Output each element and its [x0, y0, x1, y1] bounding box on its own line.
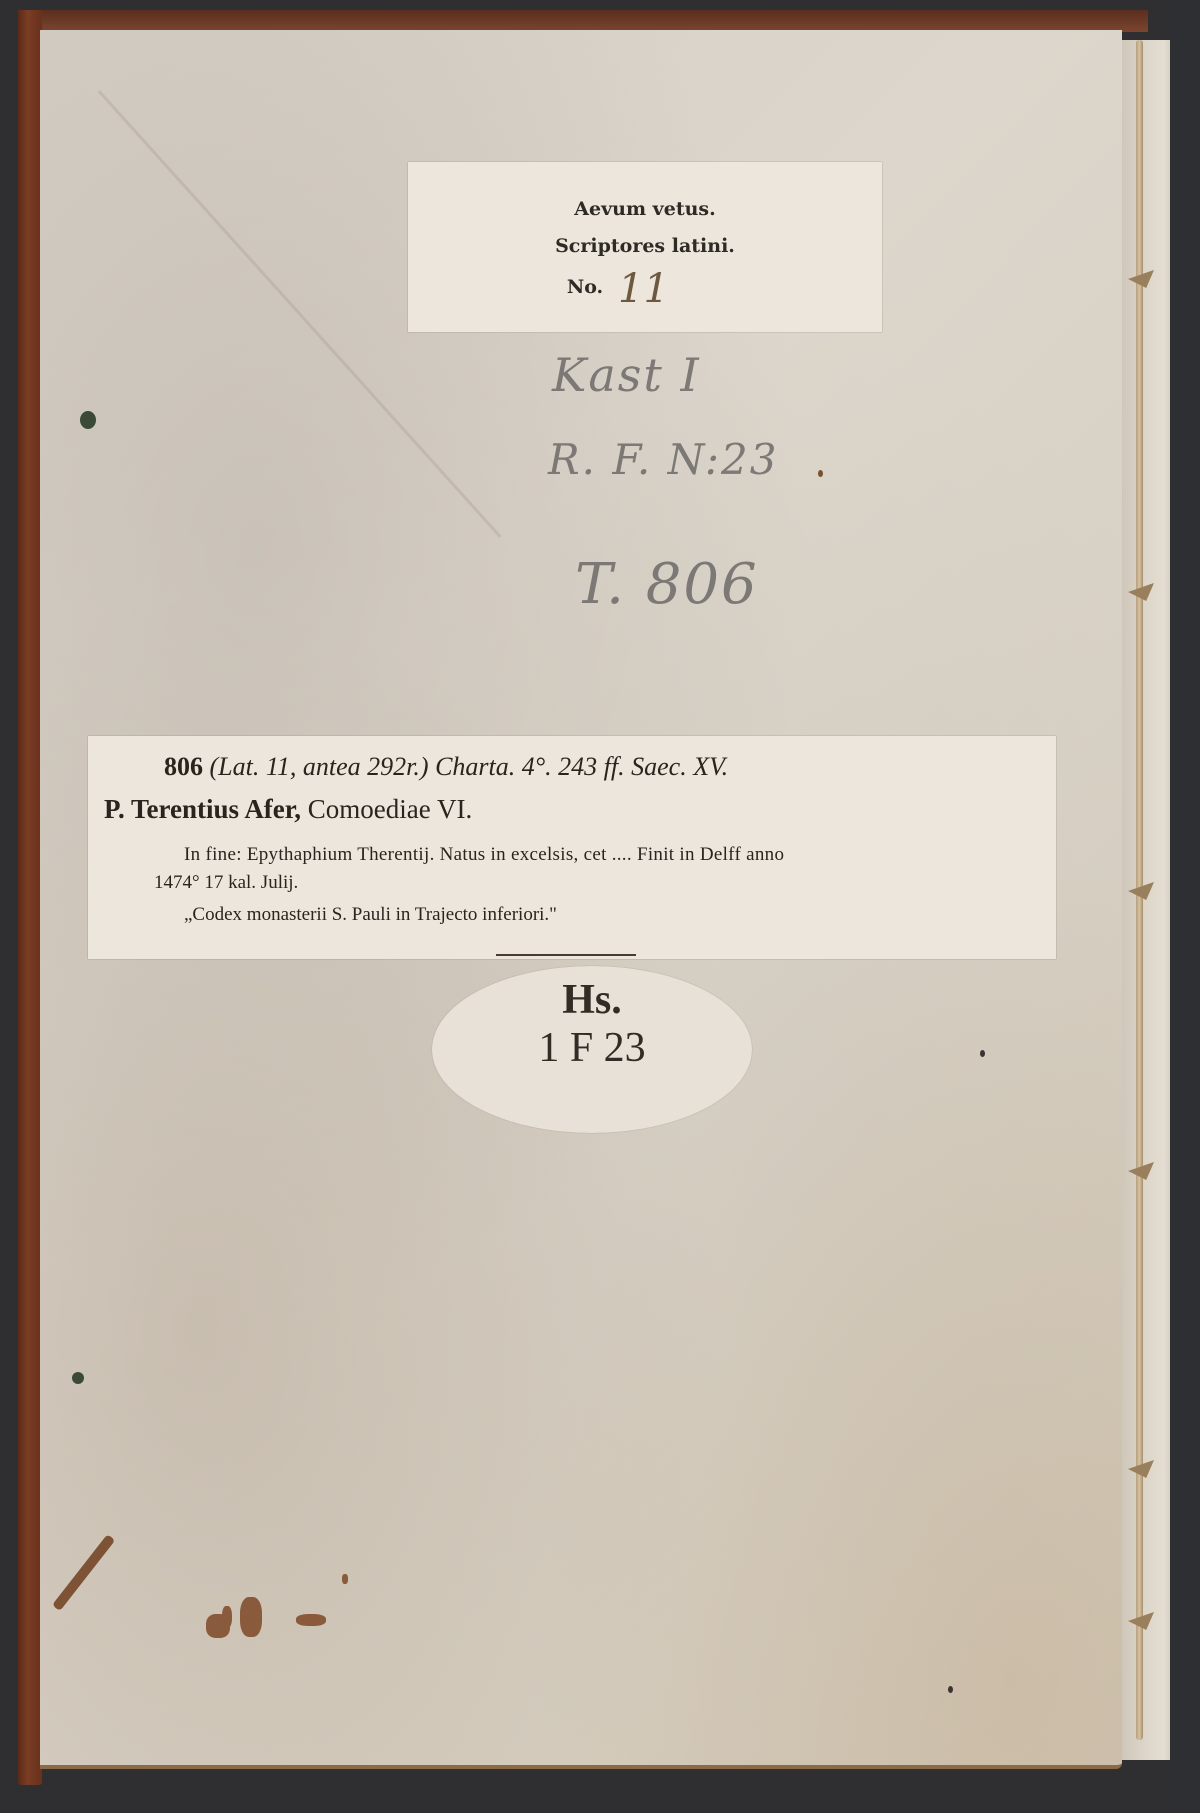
oval-label-callnumber: 1 F 23: [432, 1024, 752, 1072]
pencil-note-kast: Kast I: [552, 348, 701, 402]
pencil-note-t806: T. 806: [575, 552, 759, 617]
catalog-line-description: 806 (Lat. 11, antea 292r.) Charta. 4°. 2…: [164, 752, 728, 782]
ink-speck: [980, 1050, 985, 1057]
green-spot: [80, 411, 96, 429]
ink-stain: [342, 1574, 348, 1584]
leather-binding-top: [18, 10, 1148, 32]
ink-stain: [296, 1614, 326, 1626]
ink-stain: [222, 1606, 232, 1628]
leather-binding-left: [18, 10, 42, 1785]
catalog-line-title: P. Terentius Afer, Comoediae VI.: [104, 794, 472, 825]
label-line-category: Scriptores latini.: [408, 235, 882, 257]
label-oval-shelfmark: Hs. 1 F 23: [432, 966, 752, 1133]
label-divider-rule: [496, 954, 636, 956]
green-spot: [72, 1372, 84, 1384]
catalog-century: Saec. XV.: [631, 752, 728, 781]
label-classification: Aevum vetus. Scriptores latini. No. 11: [408, 162, 882, 332]
catalog-note-line1: In fine: Epythaphium Therentij. Natus in…: [184, 844, 784, 866]
label-number-prefix: No.: [348, 276, 822, 298]
background-edge: [1170, 0, 1200, 1813]
catalog-note-line2: 1474° 17 kal. Julij.: [154, 872, 298, 894]
catalog-work: Comoediae VI.: [308, 794, 472, 824]
label-line-era: Aevum vetus.: [408, 198, 882, 220]
book-cover: Aevum vetus. Scriptores latini. No. 11 K…: [0, 0, 1200, 1813]
ink-speck: [948, 1686, 953, 1693]
catalog-folios: 243 ff.: [558, 752, 624, 781]
catalog-former-ref: (Lat. 11, antea 292r.): [210, 752, 429, 781]
catalog-author: P. Terentius Afer,: [104, 794, 301, 824]
catalog-format: 4°.: [522, 752, 552, 781]
oval-label-hs: Hs.: [432, 976, 752, 1024]
label-number-handwritten: 11: [618, 266, 669, 312]
ink-stain: [240, 1597, 262, 1637]
pencil-note-shelf: R. F. N:23: [548, 435, 778, 484]
catalog-shelfmark: 806: [164, 752, 203, 781]
catalog-provenance: „Codex monasterii S. Pauli in Trajecto i…: [184, 904, 557, 926]
label-catalog-entry: 806 (Lat. 11, antea 292r.) Charta. 4°. 2…: [88, 736, 1056, 959]
ink-speck: [818, 470, 823, 477]
catalog-material: Charta.: [435, 752, 515, 781]
